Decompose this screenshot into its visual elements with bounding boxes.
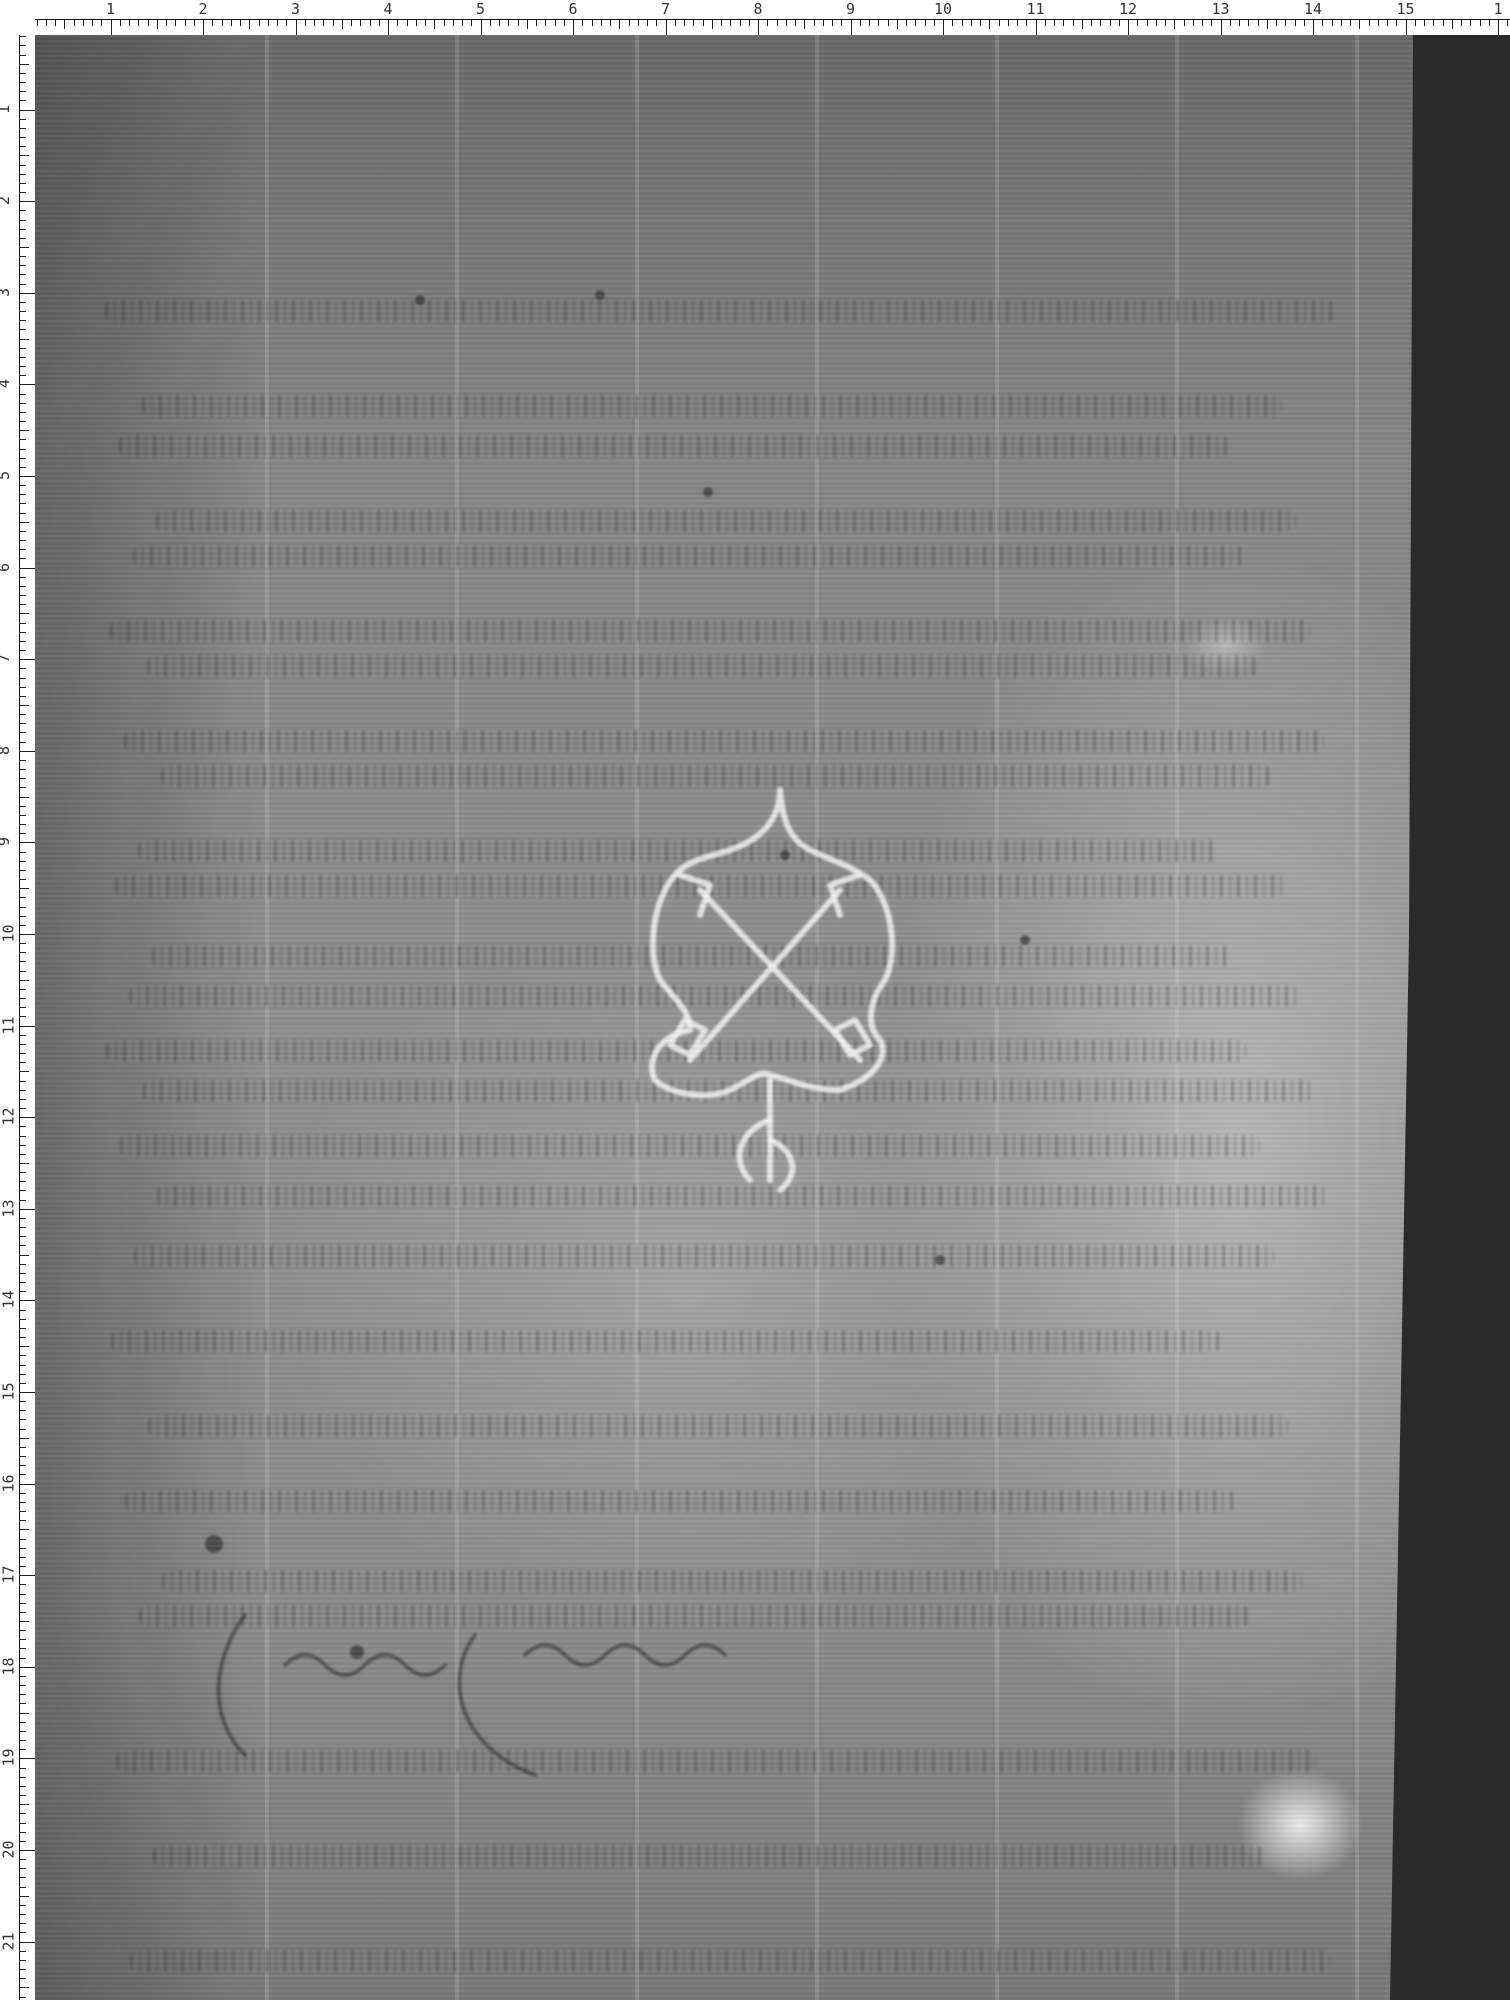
ruler-tick bbox=[19, 1200, 26, 1201]
ruler-tick bbox=[19, 613, 29, 614]
ruler-tick bbox=[19, 1401, 26, 1402]
ruler-tick bbox=[19, 1319, 26, 1320]
ruler-tick bbox=[388, 19, 389, 35]
ruler-tick bbox=[1387, 19, 1388, 26]
ruler-tick bbox=[444, 19, 445, 26]
ruler-tick bbox=[434, 19, 435, 29]
ruler-tick bbox=[19, 852, 26, 853]
ruler-tick bbox=[1239, 19, 1240, 26]
ruler-tick bbox=[19, 311, 26, 312]
ruler-tick bbox=[323, 19, 324, 26]
ruler-tick bbox=[693, 19, 694, 26]
ruler-tick bbox=[19, 1245, 26, 1246]
ruler-tick bbox=[19, 1722, 26, 1723]
ruler-tick bbox=[906, 19, 907, 26]
ruler-tick bbox=[888, 19, 889, 26]
ruler-tick bbox=[19, 64, 29, 65]
ruler-tick bbox=[19, 1694, 26, 1695]
ruler-tick bbox=[19, 485, 26, 486]
ruler-label: 9 bbox=[846, 2, 855, 17]
ruler-tick bbox=[360, 19, 361, 26]
ruler-tick bbox=[814, 19, 815, 26]
ruler-tick bbox=[19, 1108, 26, 1109]
ruler-tick bbox=[19, 815, 26, 816]
ruler-tick bbox=[19, 1181, 26, 1182]
ruler-tick bbox=[925, 19, 926, 26]
ruler-tick bbox=[19, 1896, 29, 1897]
ruler-label: 14 bbox=[2, 1291, 17, 1309]
ruler-tick bbox=[19, 183, 26, 184]
ruler-tick bbox=[19, 220, 26, 221]
ruler-tick bbox=[19, 476, 35, 477]
handwriting-line bbox=[129, 985, 1299, 1007]
ruler-tick bbox=[19, 91, 26, 92]
ruler-tick bbox=[19, 1566, 26, 1567]
ruler-tick bbox=[19, 1511, 26, 1512]
ruler-tick bbox=[19, 842, 35, 843]
handwriting-line bbox=[138, 840, 1218, 862]
ruler-tick bbox=[92, 19, 93, 26]
ruler-tick bbox=[120, 19, 121, 26]
signature-flourish bbox=[145, 1595, 845, 1795]
ruler-tick bbox=[592, 19, 593, 26]
ruler-tick bbox=[508, 19, 509, 26]
ruler-tick bbox=[1396, 19, 1397, 26]
ruler-tick bbox=[19, 1667, 35, 1668]
ruler-tick bbox=[971, 19, 972, 26]
ruler-tick bbox=[19, 1997, 26, 1998]
ruler-tick bbox=[101, 19, 102, 26]
ruler-tick bbox=[915, 19, 916, 26]
ruler-tick bbox=[1507, 19, 1508, 26]
ruler-tick bbox=[19, 348, 26, 349]
ruler-tick bbox=[749, 19, 750, 26]
ruler-tick bbox=[19, 742, 26, 743]
ruler-tick bbox=[1147, 19, 1148, 26]
ruler-tick bbox=[19, 329, 26, 330]
ruler-tick bbox=[19, 210, 26, 211]
ruler-tick bbox=[490, 19, 491, 26]
ruler-tick bbox=[19, 1804, 29, 1805]
ruler-tick bbox=[212, 19, 213, 26]
ruler-label: 1 bbox=[106, 2, 115, 17]
handwriting-line bbox=[116, 1750, 1316, 1772]
ruler-tick bbox=[19, 1163, 29, 1164]
ruler-tick bbox=[943, 19, 944, 35]
ruler-tick bbox=[1369, 19, 1370, 26]
ruler-tick bbox=[19, 36, 26, 37]
ruler-tick bbox=[573, 19, 574, 35]
ruler-corner bbox=[0, 0, 35, 35]
ruler-tick bbox=[1165, 19, 1166, 26]
handwriting-line bbox=[147, 655, 1257, 677]
ruler-tick bbox=[19, 284, 26, 285]
ruler-tick bbox=[1480, 19, 1481, 26]
ruler-tick bbox=[1063, 19, 1064, 26]
ruler-label: 21 bbox=[2, 1932, 17, 1950]
ruler-tick bbox=[19, 1832, 26, 1833]
ruler-tick bbox=[1193, 19, 1194, 26]
ruler-tick bbox=[19, 1621, 29, 1622]
ruler-tick bbox=[19, 1383, 26, 1384]
ruler-tick bbox=[1026, 19, 1027, 26]
ruler-tick bbox=[19, 366, 26, 367]
ruler-tick bbox=[1054, 19, 1055, 26]
ruler-label: 17 bbox=[2, 1566, 17, 1584]
ruler-tick bbox=[1322, 19, 1323, 26]
ruler-tick bbox=[19, 833, 26, 834]
ruler-tick bbox=[194, 19, 195, 26]
ruler-tick bbox=[19, 439, 26, 440]
ruler-tick bbox=[19, 73, 26, 74]
ruler-tick bbox=[19, 55, 26, 56]
ruler-tick bbox=[19, 238, 26, 239]
ruler-tick bbox=[19, 1887, 26, 1888]
ruler-tick bbox=[1137, 19, 1138, 26]
ruler-tick bbox=[471, 19, 472, 26]
ruler-label: 13 bbox=[1212, 2, 1230, 17]
ruler-tick bbox=[980, 19, 981, 26]
ruler-tick bbox=[19, 897, 26, 898]
ruler-tick bbox=[564, 19, 565, 26]
ruler-label: 15 bbox=[2, 1382, 17, 1400]
ruler-tick bbox=[19, 568, 35, 569]
ruler-tick bbox=[74, 19, 75, 26]
ruler-tick bbox=[19, 1969, 26, 1970]
ruler-tick bbox=[19, 1474, 26, 1475]
ruler-tick bbox=[19, 678, 26, 679]
ruler-tick bbox=[536, 19, 537, 26]
ruler-tick bbox=[259, 19, 260, 26]
ruler-tick bbox=[19, 146, 26, 147]
ruler-tick bbox=[19, 1850, 35, 1851]
ruler-tick bbox=[19, 458, 26, 459]
ruler-tick bbox=[19, 1676, 26, 1677]
handwriting-line bbox=[162, 1570, 1302, 1592]
ruler-tick bbox=[1184, 19, 1185, 26]
ruler-tick bbox=[1100, 19, 1101, 26]
ruler-tick bbox=[314, 19, 315, 26]
ruler-tick bbox=[19, 1575, 35, 1576]
handwriting-line bbox=[133, 545, 1243, 567]
ruler-tick bbox=[111, 19, 112, 35]
ruler-tick bbox=[19, 1026, 35, 1027]
ruler-tick bbox=[19, 155, 29, 156]
ruler-tick bbox=[19, 1768, 26, 1769]
ruler-tick bbox=[19, 696, 26, 697]
handwriting-line bbox=[152, 945, 1232, 967]
ruler-tick bbox=[19, 384, 35, 385]
ruler-tick bbox=[249, 19, 250, 29]
ruler-tick bbox=[555, 19, 556, 26]
ink-spot bbox=[935, 1255, 945, 1265]
ruler-tick bbox=[19, 375, 26, 376]
ruler-tick bbox=[19, 1520, 26, 1521]
ruler-tick bbox=[860, 19, 861, 26]
ruler-tick bbox=[19, 1447, 26, 1448]
ruler-tick bbox=[19, 339, 29, 340]
ruler-label: 2 bbox=[0, 196, 12, 205]
ruler-tick bbox=[777, 19, 778, 26]
ruler-tick bbox=[19, 412, 26, 413]
ruler-tick bbox=[19, 1484, 35, 1485]
ruler-tick bbox=[19, 320, 26, 321]
ruler-tick bbox=[277, 19, 278, 26]
ruler-tick bbox=[19, 1465, 26, 1466]
ruler-tick bbox=[19, 1594, 26, 1595]
ruler-tick bbox=[19, 1255, 29, 1256]
ruler-tick bbox=[19, 513, 26, 514]
ruler-tick bbox=[416, 19, 417, 26]
ruler-label: 7 bbox=[661, 2, 670, 17]
ruler-label: 11 bbox=[2, 1016, 17, 1034]
handwriting-line bbox=[142, 395, 1282, 417]
ink-spot bbox=[1020, 935, 1030, 945]
ruler-tick bbox=[19, 174, 26, 175]
ruler-label: 12 bbox=[1119, 2, 1137, 17]
ruler-tick bbox=[19, 870, 26, 871]
ruler-tick bbox=[19, 1502, 26, 1503]
ruler-tick bbox=[19, 641, 26, 642]
ruler-tick bbox=[19, 1273, 26, 1274]
ruler-tick bbox=[19, 687, 26, 688]
ruler-tick bbox=[19, 1914, 26, 1915]
ruler-tick bbox=[19, 1328, 26, 1329]
ruler-tick bbox=[19, 1777, 26, 1778]
ruler-tick bbox=[379, 19, 380, 26]
ruler-tick bbox=[19, 1126, 26, 1127]
ruler-label: 9 bbox=[0, 837, 12, 846]
ruler-tick bbox=[55, 19, 56, 26]
ruler-label: 16 bbox=[2, 1474, 17, 1492]
ruler-tick bbox=[19, 1145, 26, 1146]
ruler-tick bbox=[1452, 19, 1453, 29]
ruler-tick bbox=[19, 1612, 26, 1613]
chain-line bbox=[265, 35, 269, 2000]
ruler-tick bbox=[19, 1392, 35, 1393]
ruler-tick bbox=[1082, 19, 1083, 29]
ruler-tick bbox=[175, 19, 176, 26]
ruler-tick bbox=[19, 274, 26, 275]
ruler-tick bbox=[138, 19, 139, 26]
ruler-tick bbox=[19, 1868, 26, 1869]
ruler-tick bbox=[19, 1291, 26, 1292]
ruler-tick bbox=[19, 1548, 26, 1549]
ruler-tick bbox=[1489, 19, 1490, 26]
ruler-tick bbox=[19, 1136, 26, 1137]
manuscript-scan bbox=[35, 35, 1510, 2000]
ruler-tick bbox=[19, 1264, 26, 1265]
ruler-tick bbox=[351, 19, 352, 26]
ruler-tick bbox=[19, 1044, 26, 1045]
ruler-tick bbox=[545, 19, 546, 26]
ruler-tick bbox=[1202, 19, 1203, 26]
ruler-label: 5 bbox=[0, 471, 12, 480]
ruler-tick bbox=[804, 19, 805, 29]
ruler-tick bbox=[268, 19, 269, 26]
ruler-label: 18 bbox=[2, 1657, 17, 1675]
ruler-tick bbox=[832, 19, 833, 26]
ruler-label: 19 bbox=[2, 1749, 17, 1767]
ruler-tick bbox=[684, 19, 685, 26]
ruler-tick bbox=[1415, 19, 1416, 26]
ruler-tick bbox=[19, 604, 26, 605]
ruler-tick bbox=[19, 1227, 26, 1228]
ruler-tick bbox=[19, 1905, 26, 1906]
ruler-tick bbox=[19, 1016, 26, 1017]
ruler-tick bbox=[19, 1117, 35, 1118]
ruler-tick bbox=[19, 668, 26, 669]
ruler-tick bbox=[19, 1374, 26, 1375]
ruler-tick bbox=[157, 19, 158, 29]
ruler-tick bbox=[1359, 19, 1360, 29]
ruler-tick bbox=[203, 19, 204, 35]
ruler-tick bbox=[786, 19, 787, 26]
ruler-label: 8 bbox=[754, 2, 763, 17]
ruler-label: 3 bbox=[0, 288, 12, 297]
chain-line bbox=[1355, 35, 1359, 2000]
handwriting-line bbox=[119, 435, 1229, 457]
ruler-tick bbox=[1332, 19, 1333, 26]
ruler-tick bbox=[19, 806, 26, 807]
ruler-tick bbox=[481, 19, 482, 35]
ink-spot bbox=[415, 295, 425, 305]
ruler-label: 12 bbox=[2, 1108, 17, 1126]
ruler-tick bbox=[19, 1877, 26, 1878]
ruler-tick bbox=[19, 952, 26, 953]
ruler-tick bbox=[1119, 19, 1120, 26]
ruler-tick bbox=[19, 888, 29, 889]
ruler-label: 7 bbox=[0, 654, 12, 663]
ruler-tick bbox=[19, 1951, 26, 1952]
ruler-tick bbox=[19, 449, 26, 450]
handwriting-line bbox=[148, 1415, 1288, 1437]
ruler-tick bbox=[1230, 19, 1231, 26]
ruler-tick bbox=[19, 1639, 26, 1640]
ruler-tick bbox=[222, 19, 223, 26]
ruler-tick bbox=[656, 19, 657, 26]
ruler-tick bbox=[666, 19, 667, 35]
ruler-tick bbox=[19, 192, 26, 193]
ruler-tick bbox=[19, 1658, 26, 1659]
ruler-label: 13 bbox=[2, 1199, 17, 1217]
ruler-tick bbox=[19, 430, 29, 431]
ruler-tick bbox=[19, 421, 26, 422]
chain-line bbox=[635, 35, 639, 2000]
ruler-tick bbox=[851, 19, 852, 35]
ruler-tick bbox=[1498, 19, 1499, 35]
ruler-tick bbox=[462, 19, 463, 26]
ruler-label: 14 bbox=[1304, 2, 1322, 17]
ruler-tick bbox=[740, 19, 741, 26]
ruler-tick bbox=[19, 1749, 26, 1750]
ruler-tick bbox=[629, 19, 630, 26]
ruler-tick bbox=[129, 19, 130, 26]
ruler-tick bbox=[989, 19, 990, 29]
ruler-label: 4 bbox=[384, 2, 393, 17]
ruler-tick bbox=[647, 19, 648, 26]
ruler-tick bbox=[19, 1346, 29, 1347]
ruler-tick bbox=[999, 19, 1000, 26]
ruler-tick bbox=[1221, 19, 1222, 35]
ruler-tick bbox=[19, 1310, 26, 1311]
ruler-tick bbox=[19, 1007, 26, 1008]
ruler-tick bbox=[19, 659, 35, 660]
ruler-tick bbox=[19, 1337, 26, 1338]
ruler-tick bbox=[703, 19, 704, 26]
vertical-ruler: 0123456789101112131415161718192021 bbox=[0, 0, 35, 2000]
ruler-tick bbox=[19, 1062, 26, 1063]
ruler-tick bbox=[46, 19, 47, 26]
horizontal-ruler: 01234567891011121314151 bbox=[0, 0, 1510, 35]
ruler-tick bbox=[19, 1557, 26, 1558]
ruler-tick bbox=[19, 1172, 26, 1173]
ruler-tick bbox=[19, 797, 29, 798]
ruler-tick bbox=[1341, 19, 1342, 26]
ink-blot bbox=[205, 1535, 223, 1553]
ruler-tick bbox=[952, 19, 953, 26]
ruler-tick bbox=[767, 19, 768, 26]
ruler-tick bbox=[19, 577, 26, 578]
ruler-tick bbox=[185, 19, 186, 26]
ruler-tick bbox=[19, 1923, 26, 1924]
ruler-tick bbox=[305, 19, 306, 26]
ruler-tick bbox=[19, 723, 26, 724]
ruler-tick bbox=[19, 1209, 35, 1210]
ruler-tick bbox=[527, 19, 528, 29]
ruler-tick bbox=[823, 19, 824, 26]
handwriting-line bbox=[134, 1245, 1274, 1267]
ruler-tick bbox=[1304, 19, 1305, 26]
ruler-tick bbox=[19, 110, 35, 111]
ink-spot bbox=[780, 850, 790, 860]
ruler-tick bbox=[582, 19, 583, 26]
ruler-tick bbox=[19, 302, 26, 303]
ruler-tick bbox=[1036, 19, 1037, 35]
ruler-tick bbox=[19, 45, 26, 46]
ruler-tick bbox=[19, 119, 26, 120]
ruler-tick bbox=[19, 357, 26, 358]
ruler-tick bbox=[19, 1603, 26, 1604]
ruler-tick bbox=[19, 1438, 29, 1439]
ruler-tick bbox=[19, 1493, 26, 1494]
ruler-tick bbox=[1174, 19, 1175, 29]
ruler-tick bbox=[370, 19, 371, 26]
ruler-tick bbox=[19, 540, 26, 541]
ruler-tick bbox=[19, 650, 26, 651]
ruler-tick bbox=[19, 1099, 26, 1100]
ruler-tick bbox=[518, 19, 519, 26]
ruler-tick bbox=[19, 925, 26, 926]
handwriting-line bbox=[111, 1330, 1221, 1352]
ink-spot bbox=[703, 487, 713, 497]
ruler-tick bbox=[758, 19, 759, 35]
ruler-tick bbox=[19, 879, 26, 880]
ruler-tick bbox=[1156, 19, 1157, 26]
ruler-tick bbox=[712, 19, 713, 29]
ruler-label: 10 bbox=[934, 2, 952, 17]
ruler-tick bbox=[19, 1429, 26, 1430]
ruler-tick bbox=[19, 971, 26, 972]
ruler-tick bbox=[1285, 19, 1286, 26]
ruler-tick bbox=[19, 1841, 26, 1842]
ruler-tick bbox=[19, 1282, 26, 1283]
ruler-tick bbox=[397, 19, 398, 26]
ruler-tick bbox=[37, 19, 38, 26]
ruler-tick bbox=[231, 19, 232, 26]
ruler-tick bbox=[19, 165, 26, 166]
ruler-tick bbox=[19, 1978, 26, 1979]
